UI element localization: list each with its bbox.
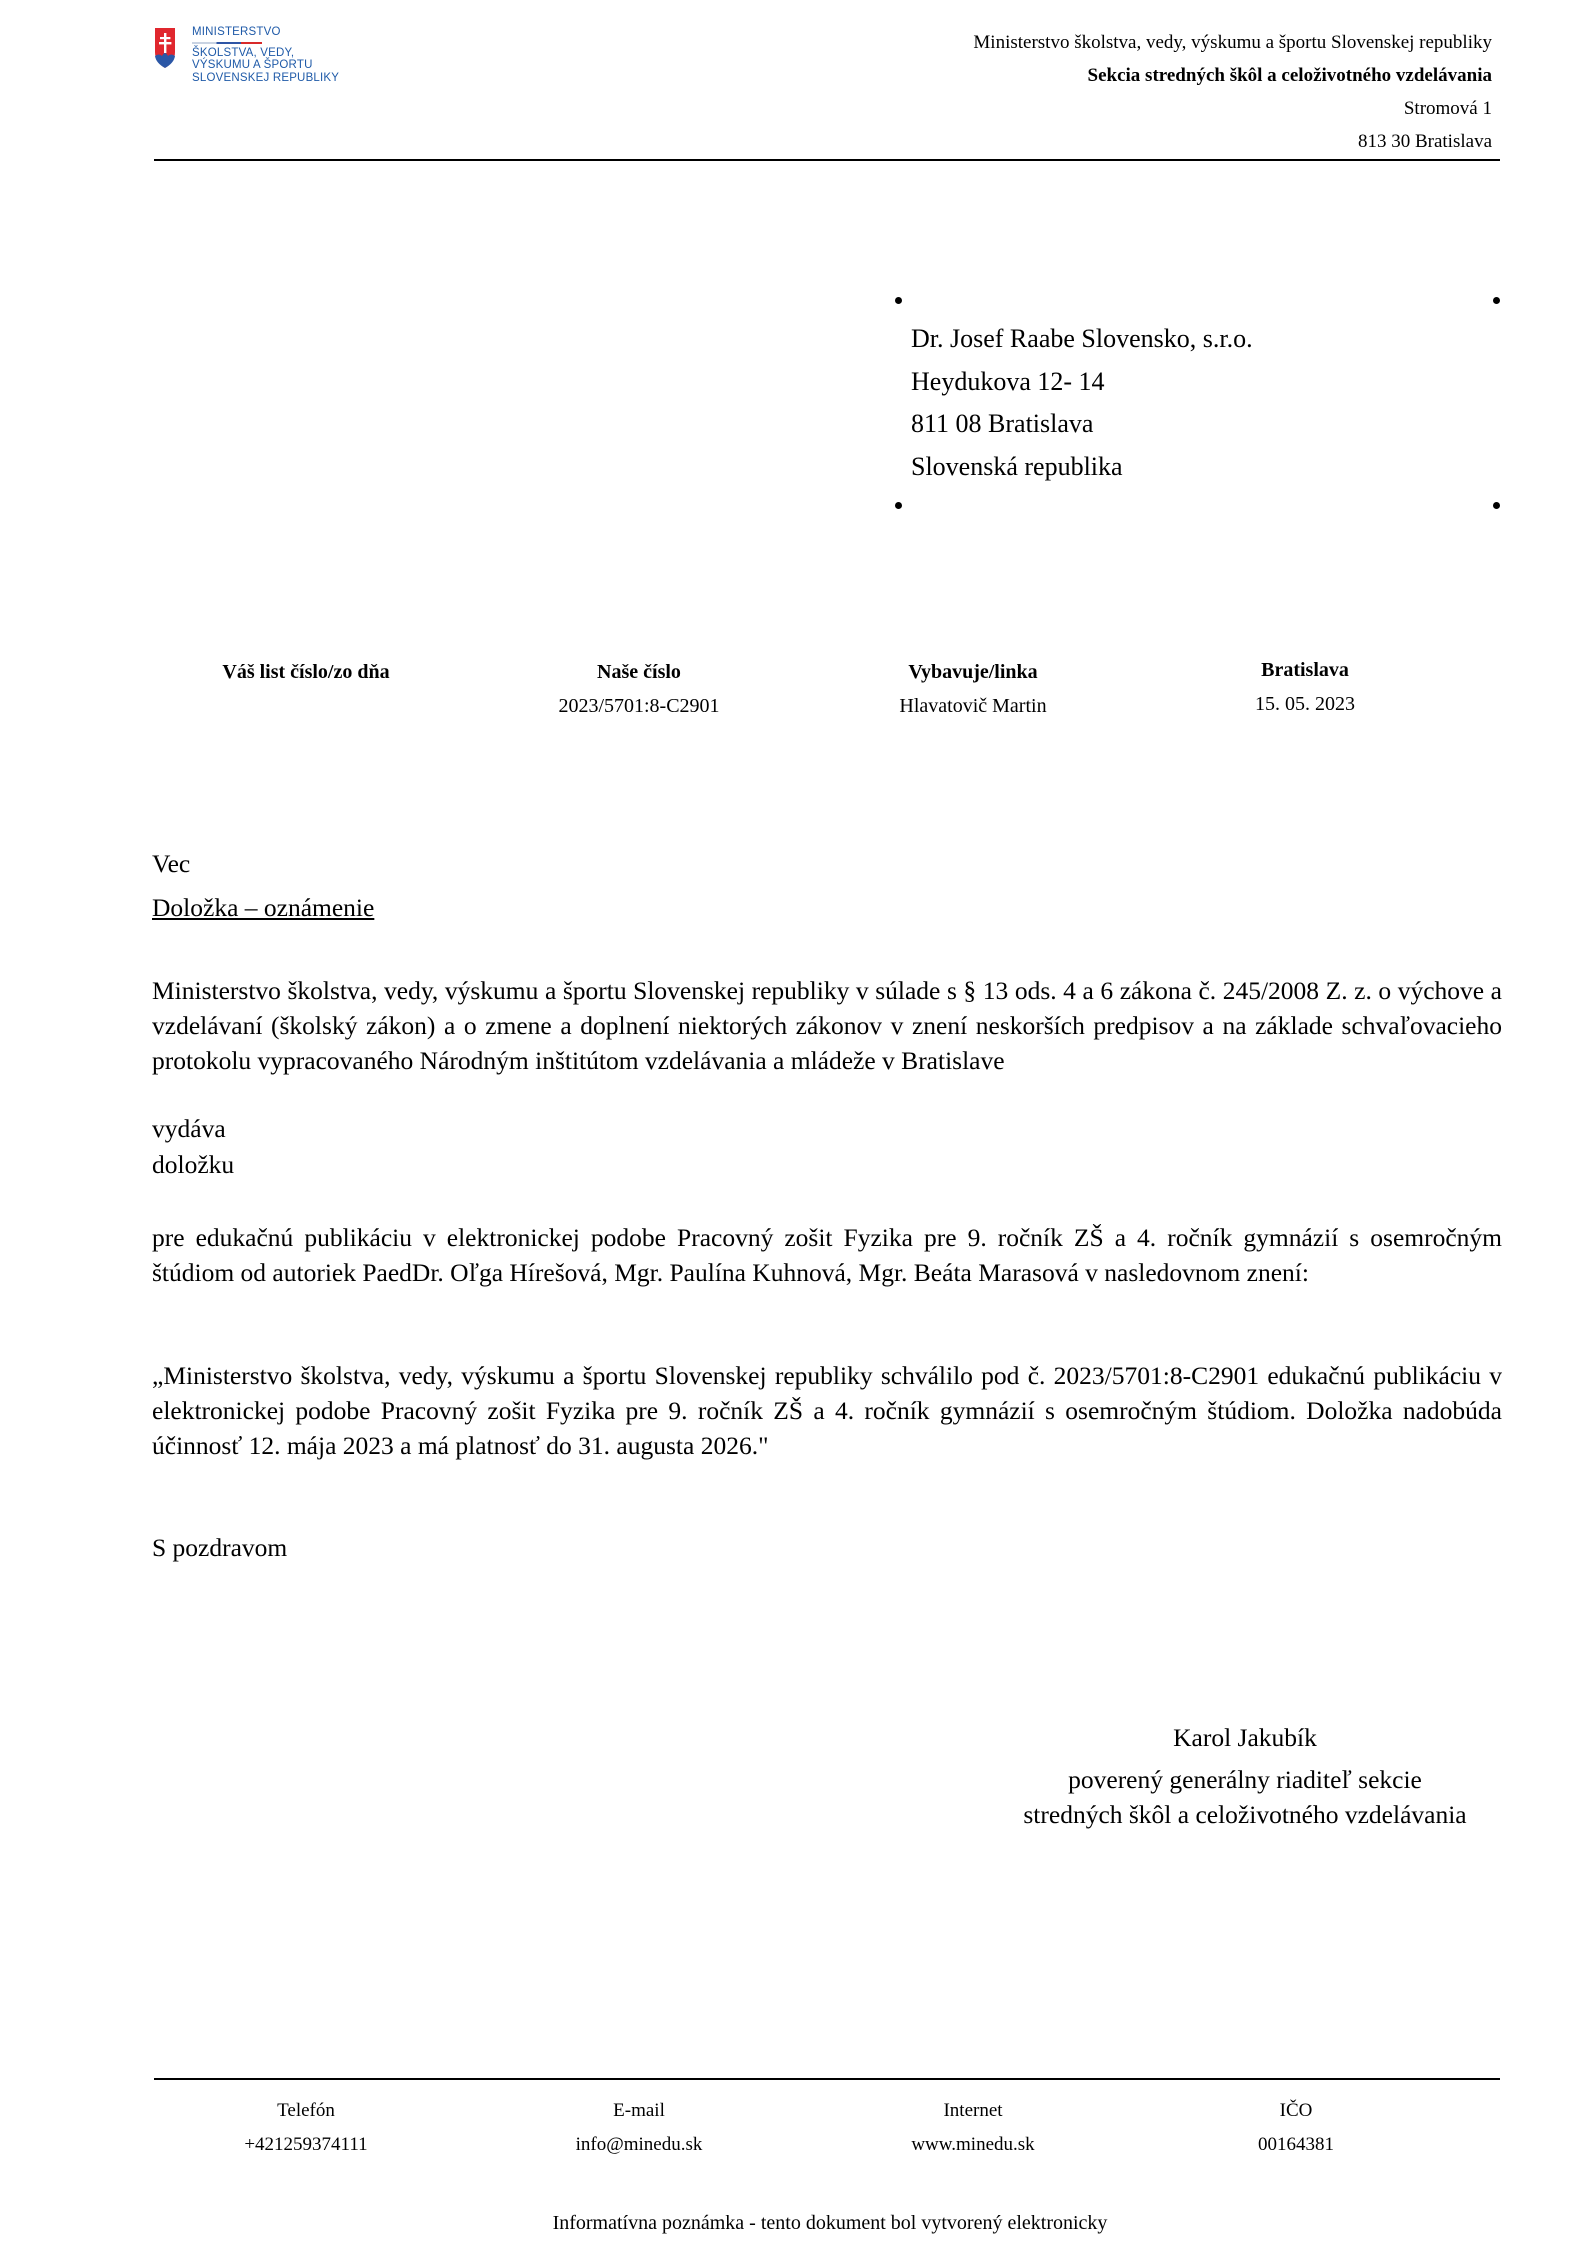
electronic-document-note: Informatívna poznámka - tento dokument b… bbox=[0, 2212, 1587, 2235]
logo-line-3: VÝSKUMU A ŠPORTU bbox=[192, 59, 339, 72]
signatory-title-2: stredných škôl a celoživotného vzdelávan… bbox=[985, 1797, 1505, 1832]
sender-city: 813 30 Bratislava bbox=[973, 125, 1492, 158]
recipient-country: Slovenská republika bbox=[911, 446, 1253, 489]
footer-value: info@minedu.sk bbox=[576, 2128, 703, 2162]
reference-value: Hlavatovič Martin bbox=[899, 689, 1046, 723]
reference-label: Váš list číslo/zo dňa bbox=[222, 655, 389, 689]
slovak-coat-of-arms-icon bbox=[155, 28, 175, 68]
signatory-name: Karol Jakubík bbox=[985, 1720, 1505, 1756]
body-quote: „Ministerstvo školstva, vedy, výskumu a … bbox=[152, 1358, 1502, 1463]
footer-label: E-mail bbox=[576, 2094, 703, 2128]
reference-our-number: Naše číslo 2023/5701:8-C2901 bbox=[558, 655, 719, 723]
address-window-corner-mark bbox=[895, 502, 902, 509]
signatory-title-1: poverený generálny riaditeľ sekcie bbox=[985, 1762, 1505, 1797]
reference-label: Bratislava bbox=[1255, 653, 1355, 687]
subject-title: Doložka – oznámenie bbox=[152, 893, 374, 922]
reference-handled-by: Vybavuje/linka Hlavatovič Martin bbox=[899, 655, 1046, 723]
footer-company-id: IČO 00164381 bbox=[1258, 2094, 1334, 2162]
address-window-corner-mark bbox=[895, 297, 902, 304]
reference-label: Vybavuje/linka bbox=[899, 655, 1046, 689]
footer-value: +421259374111 bbox=[244, 2128, 367, 2162]
body-paragraph-2: pre edukačnú publikáciu v elektronickej … bbox=[152, 1220, 1502, 1290]
address-window-corner-mark bbox=[1493, 297, 1500, 304]
recipient-address: Dr. Josef Raabe Slovensko, s.r.o. Heyduk… bbox=[911, 318, 1253, 488]
address-window-corner-mark bbox=[1493, 502, 1500, 509]
reference-your-letter: Váš list číslo/zo dňa bbox=[222, 655, 389, 689]
footer-divider bbox=[154, 2078, 1500, 2080]
reference-place-date: Bratislava 15. 05. 2023 bbox=[1255, 653, 1355, 721]
footer-value: www.minedu.sk bbox=[911, 2128, 1034, 2162]
subject-title-wrap: Doložka – oznámenie bbox=[152, 890, 1502, 925]
recipient-name: Dr. Josef Raabe Slovensko, s.r.o. bbox=[911, 318, 1253, 361]
footer-value: 00164381 bbox=[1258, 2128, 1334, 2162]
subject-label: Vec bbox=[152, 846, 1502, 881]
ministry-logo: MINISTERSTVO ŠKOLSTVA, VEDY, VÝSKUMU A Š… bbox=[155, 26, 375, 90]
reference-label: Naše číslo bbox=[558, 655, 719, 689]
footer-label: IČO bbox=[1258, 2094, 1334, 2128]
logo-tricolor-rule bbox=[192, 42, 262, 44]
recipient-street: Heydukova 12- 14 bbox=[911, 361, 1253, 404]
body-paragraph-1: Ministerstvo školstva, vedy, výskumu a š… bbox=[152, 973, 1502, 1078]
footer-email: E-mail info@minedu.sk bbox=[576, 2094, 703, 2162]
header-divider bbox=[154, 159, 1500, 161]
closing: S pozdravom bbox=[152, 1530, 1502, 1565]
logo-line-2: ŠKOLSTVA, VEDY, bbox=[192, 47, 339, 60]
recipient-city: 811 08 Bratislava bbox=[911, 403, 1253, 446]
logo-line-4: SLOVENSKEJ REPUBLIKY bbox=[192, 72, 339, 85]
reference-value: 15. 05. 2023 bbox=[1255, 687, 1355, 721]
footer-label: Telefón bbox=[244, 2094, 367, 2128]
body-clause: doložku bbox=[152, 1147, 1502, 1182]
reference-value: 2023/5701:8-C2901 bbox=[558, 689, 719, 723]
body-issues: vydáva bbox=[152, 1111, 1502, 1146]
logo-wordmark: MINISTERSTVO ŠKOLSTVA, VEDY, VÝSKUMU A Š… bbox=[192, 26, 339, 84]
sender-org: Ministerstvo školstva, vedy, výskumu a š… bbox=[973, 26, 1492, 59]
logo-line-1: MINISTERSTVO bbox=[192, 26, 339, 42]
footer-internet: Internet www.minedu.sk bbox=[911, 2094, 1034, 2162]
sender-street: Stromová 1 bbox=[973, 92, 1492, 125]
footer-label: Internet bbox=[911, 2094, 1034, 2128]
sender-section: Sekcia stredných škôl a celoživotného vz… bbox=[973, 59, 1492, 92]
footer-phone: Telefón +421259374111 bbox=[244, 2094, 367, 2162]
sender-header: Ministerstvo školstva, vedy, výskumu a š… bbox=[973, 26, 1492, 158]
